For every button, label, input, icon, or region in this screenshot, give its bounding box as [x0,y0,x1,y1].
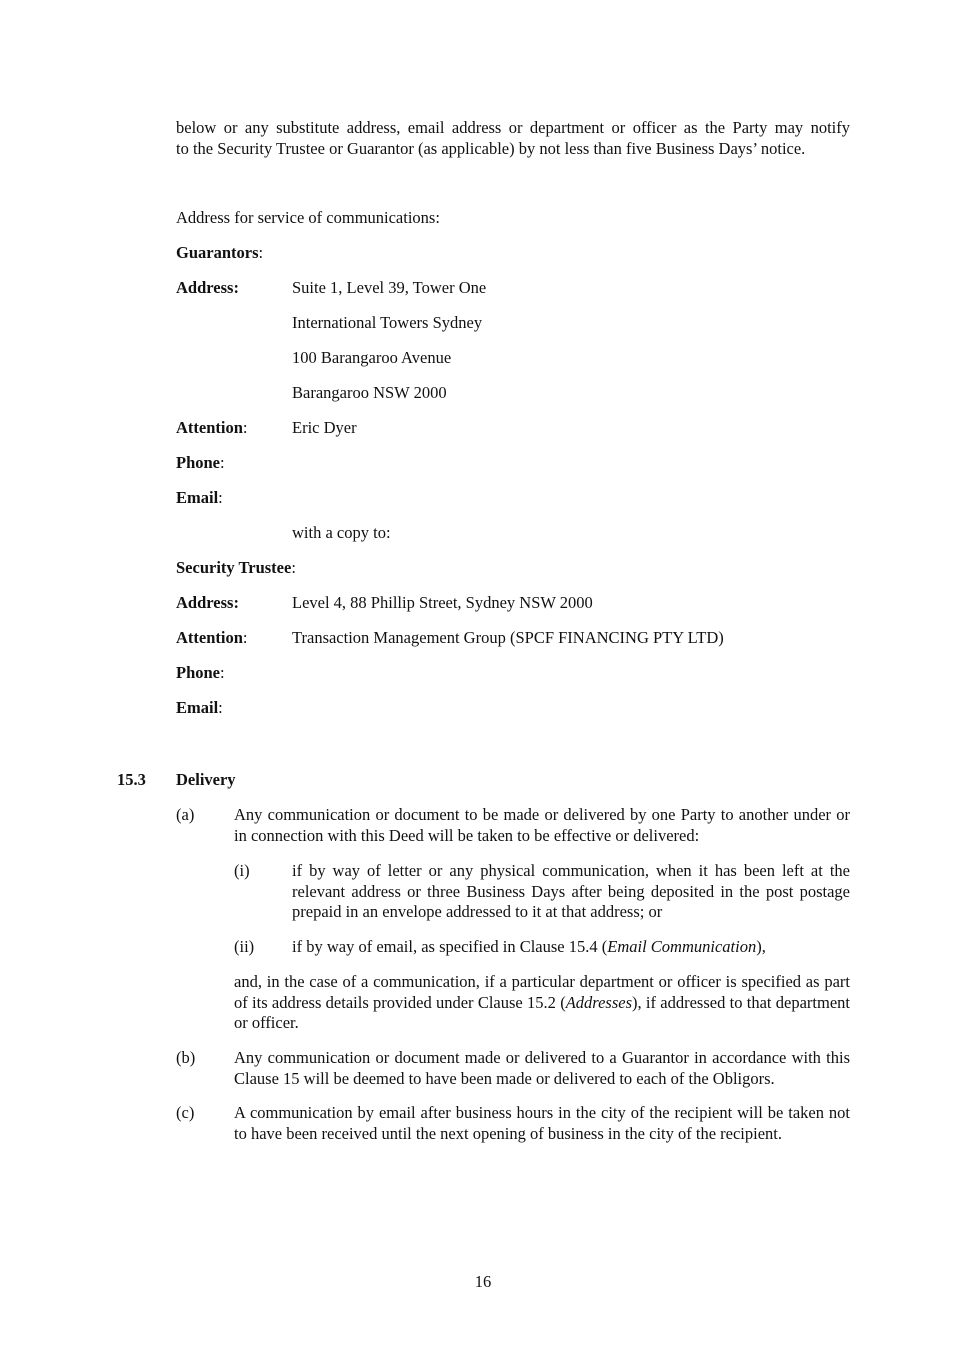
guarantors-address-line-2: International Towers Sydney [292,313,482,333]
guarantors-heading: Guarantors: [176,243,263,263]
intro-paragraph: below or any substitute address, email a… [176,118,850,159]
guarantors-attention-label: Attention: [176,418,248,438]
copy-to-text: with a copy to: [292,523,391,543]
clause-a-tail-text: and, in the case of a communication, if … [234,972,850,1034]
clause-b-text: Any communication or document made or de… [234,1048,850,1089]
clause-b-marker: (b) [176,1048,195,1069]
guarantors-address-line-1: Suite 1, Level 39, Tower One [292,278,486,298]
guarantors-attention-value: Eric Dyer [292,418,357,438]
clause-a-text: Any communication or document to be made… [234,805,850,846]
clause-c-marker: (c) [176,1103,194,1124]
guarantors-phone-label: Phone: [176,453,225,473]
security-trustee-heading: Security Trustee: [176,558,296,578]
page-number: 16 [0,1272,966,1292]
security-trustee-email-label: Email: [176,698,223,718]
guarantors-address-line-4: Barangaroo NSW 2000 [292,383,447,403]
guarantors-address-line-3: 100 Barangaroo Avenue [292,348,451,368]
security-trustee-attention-label: Attention: [176,628,248,648]
intro-line-1: below or any substitute address, email a… [176,118,850,139]
email-communication-ref: Email Communication [607,937,756,956]
guarantors-email-label: Email: [176,488,223,508]
intro-line-2: to the Security Trustee or Guarantor (as… [176,139,850,160]
security-trustee-address-label: Address: [176,593,239,613]
addresses-ref: Addresses [566,993,632,1012]
clause-a-i-marker: (i) [234,861,250,882]
guarantors-label: Guarantors [176,243,259,262]
section-number: 15.3 [117,770,146,791]
address-heading: Address for service of communications: [176,208,440,228]
clause-a-i-text: if by way of letter or any physical comm… [292,861,850,923]
clause-a-ii-text: if by way of email, as specified in Clau… [292,937,850,958]
security-trustee-address-value: Level 4, 88 Phillip Street, Sydney NSW 2… [292,593,593,613]
clause-a-marker: (a) [176,805,194,826]
security-trustee-attention-value: Transaction Management Group (SPCF FINAN… [292,628,724,648]
section-title: Delivery [176,770,236,791]
guarantors-address-label: Address: [176,278,239,298]
clause-a-ii-marker: (ii) [234,937,254,958]
clause-c-text: A communication by email after business … [234,1103,850,1144]
security-trustee-phone-label: Phone: [176,663,225,683]
